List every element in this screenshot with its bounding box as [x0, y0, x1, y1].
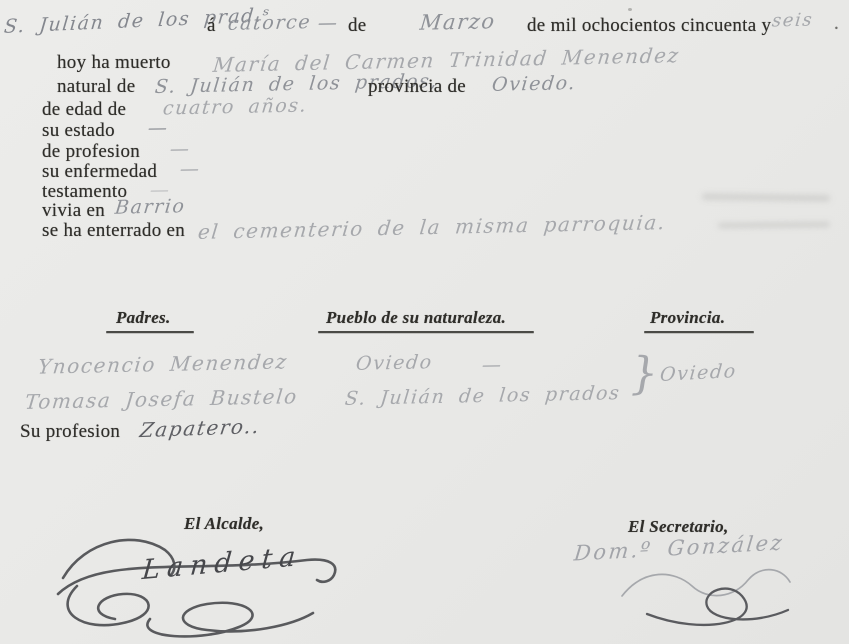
label-natural-de: natural de — [57, 76, 135, 98]
dateline-period: . — [834, 13, 839, 35]
value-vivia-en: Barrio — [114, 195, 187, 219]
row-mother-pueblo: S. Julián de los prados — [344, 382, 622, 410]
dateline-year-handwritten: seis — [771, 10, 814, 32]
dateline-de-word: de — [348, 15, 367, 37]
rows-brace: } — [629, 348, 659, 400]
ink-speck — [628, 8, 632, 11]
value-edad: cuatro años. — [162, 94, 309, 119]
dateline-year-printed: de mil ochocientos cincuenta y — [527, 15, 771, 37]
dateline-at-word: á — [207, 15, 216, 37]
dateline-month-handwritten: Marzo — [419, 9, 497, 35]
label-su-enfermedad: su enfermedad — [42, 161, 157, 183]
padres-underline — [106, 331, 194, 333]
label-provincia-de: provincia de — [368, 76, 466, 98]
pueblo-underline — [318, 331, 534, 333]
value-profesion-dash: — — [169, 138, 192, 160]
table-header-pueblo: Pueblo de su naturaleza. — [326, 308, 506, 328]
value-deceased-name: María del Carmen Trinidad Menendez — [212, 43, 681, 77]
value-provincia: Oviedo. — [491, 72, 577, 96]
label-vivia-en: vivia en — [42, 200, 105, 222]
row-father-name: Ynocencio Menendez — [37, 349, 289, 378]
death-record-document: S. Julián de los prad.ˢ á catorce — de M… — [0, 0, 849, 644]
value-enterrado-en: el cementerio de la misma parroquia. — [197, 210, 667, 244]
row-mother-name: Tomasa Josefa Bustelo — [24, 384, 299, 414]
label-de-edad-de: de edad de — [42, 99, 126, 121]
secretario-signature-flourish — [612, 558, 812, 642]
table-header-provincia: Provincia. — [650, 308, 725, 328]
label-se-ha-enterrado-en: se ha enterrado en — [42, 220, 185, 242]
dateline-dash: — — [317, 12, 340, 34]
row-father-pueblo-dash: — — [481, 354, 504, 376]
provincia-underline — [644, 331, 754, 333]
table-header-padres: Padres. — [116, 308, 171, 328]
dateline-day-handwritten: catorce — [227, 11, 312, 35]
shared-provincia-value: Oviedo — [659, 360, 738, 386]
bleed-through-mark — [718, 221, 830, 228]
value-enfermedad-dash: — — [179, 158, 202, 180]
label-su-estado: su estado — [42, 120, 115, 142]
value-su-profesion: Zapatero.. — [138, 414, 262, 442]
value-estado-dash: — — [147, 117, 170, 139]
bleed-through-mark — [702, 193, 830, 202]
label-de-profesion: de profesion — [42, 141, 140, 163]
label-hoy-ha-muerto: hoy ha muerto — [57, 52, 171, 74]
label-su-profesion: Su profesion — [20, 421, 120, 443]
row-father-pueblo: Oviedo — [355, 351, 434, 375]
